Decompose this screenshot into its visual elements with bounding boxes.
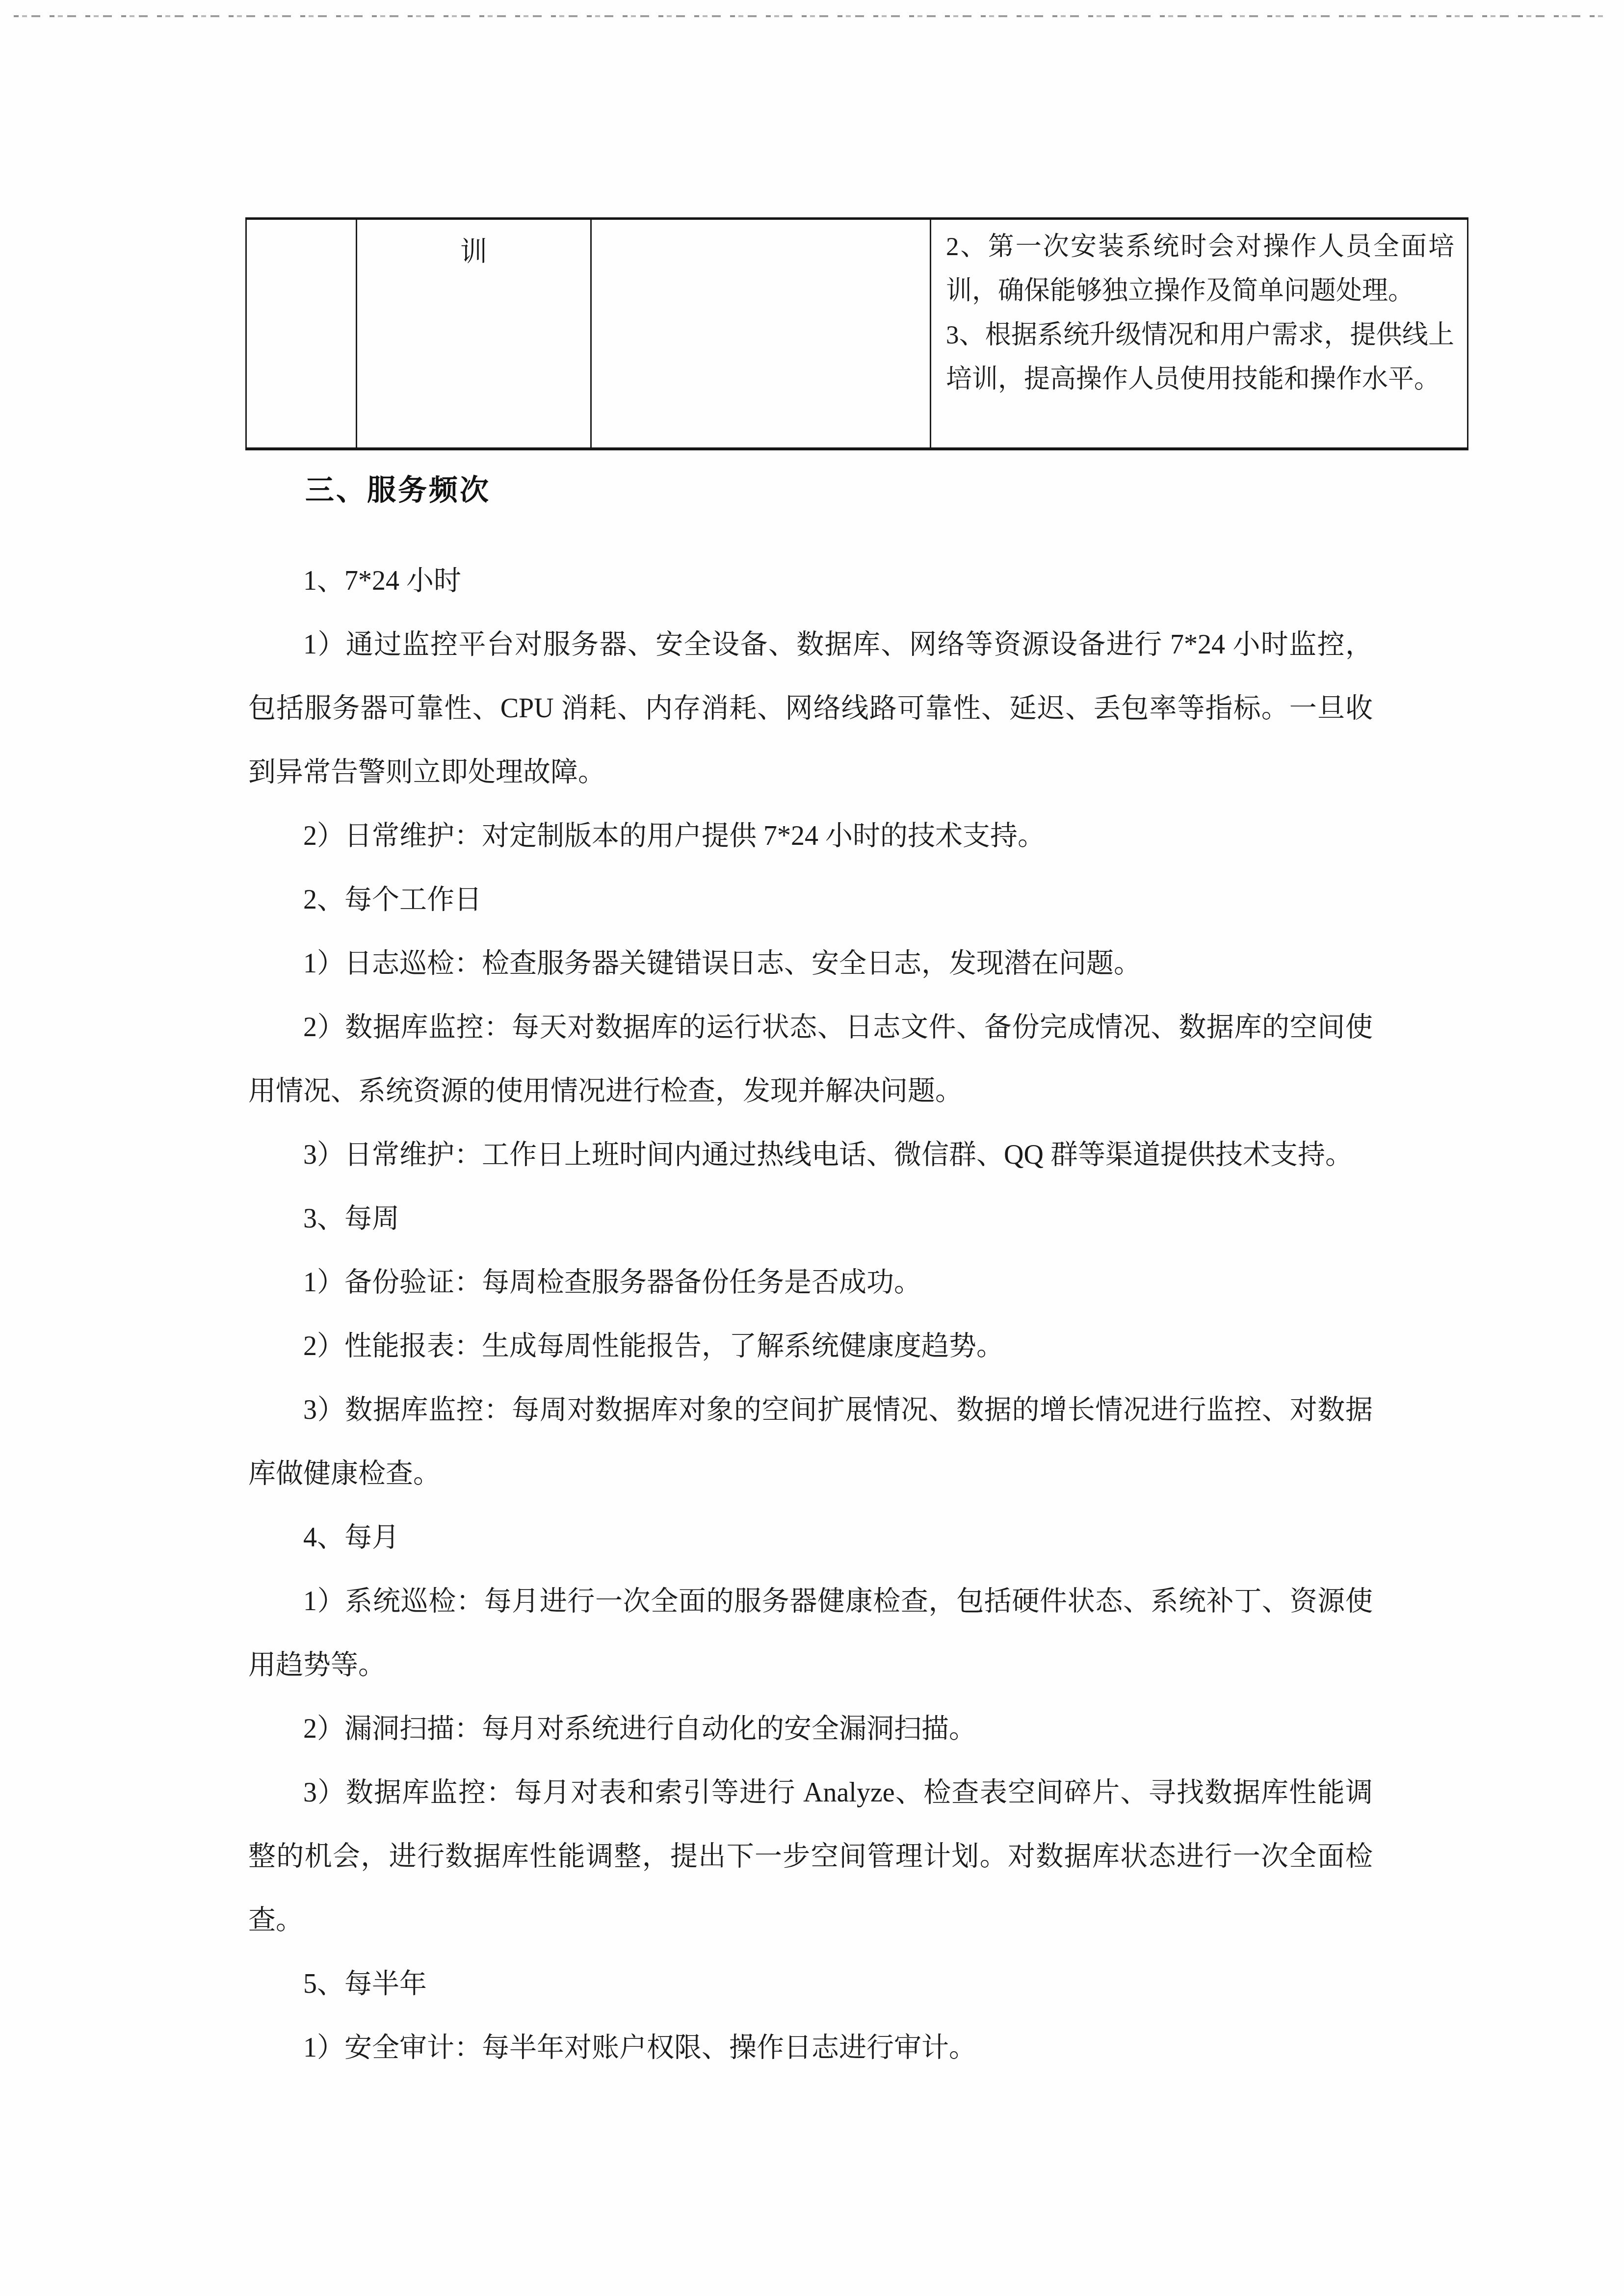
table-cell-empty-left	[246, 219, 357, 449]
body-paragraph: 2）日常维护：对定制版本的用户提供 7*24 小时的技术支持。	[248, 804, 1373, 868]
body-paragraph: 4、每月	[248, 1506, 1373, 1569]
body-paragraph: 1）安全审计：每半年对账户权限、操作日志进行审计。	[248, 2016, 1373, 2080]
body-paragraph: 3）数据库监控：每周对数据库对象的空间扩展情况、数据的增长情况进行监控、对数据库…	[248, 1378, 1373, 1506]
body-paragraph: 1）备份验证：每周检查服务器备份任务是否成功。	[248, 1251, 1373, 1314]
table-cell-paragraph: 3、根据系统升级情况和用户需求，提供线上培训，提高操作人员使用技能和操作水平。	[946, 313, 1454, 401]
body-paragraph: 3）数据库监控：每月对表和索引等进行 Analyze、检查表空间碎片、寻找数据库…	[248, 1761, 1373, 1952]
body-paragraph: 1）系统巡检：每月进行一次全面的服务器健康检查，包括硬件状态、系统补丁、资源使用…	[248, 1569, 1373, 1697]
body-paragraph: 2）性能报表：生成每周性能报告，了解系统健康度趋势。	[248, 1314, 1373, 1378]
training-label-text: 训	[460, 236, 487, 266]
table-cell-empty-middle	[591, 219, 931, 449]
body-paragraph: 3、每周	[248, 1187, 1373, 1251]
body-paragraph: 1、7*24 小时	[248, 549, 1373, 613]
scan-noise-line	[14, 15, 1606, 17]
scanned-document-page: { "heading": "三、服务频次", "table": { "row":…	[0, 0, 1624, 2296]
body-paragraph: 3）日常维护：工作日上班时间内通过热线电话、微信群、QQ 群等渠道提供技术支持。	[248, 1123, 1373, 1187]
section-heading: 三、服务频次	[248, 458, 1373, 522]
body-text: 1、7*24 小时1）通过监控平台对服务器、安全设备、数据库、网络等资源设备进行…	[248, 549, 1373, 2080]
table-cell-training-details: 2、第一次安装系统时会对操作人员全面培训，确保能够独立操作及简单问题处理。3、根…	[931, 219, 1468, 449]
table-cell-training-label: 训	[357, 219, 591, 449]
table-row: 训 2、第一次安装系统时会对操作人员全面培训，确保能够独立操作及简单问题处理。3…	[246, 219, 1468, 449]
body-paragraph: 2）数据库监控：每天对数据库的运行状态、日志文件、备份完成情况、数据库的空间使用…	[248, 995, 1373, 1123]
training-service-table: 训 2、第一次安装系统时会对操作人员全面培训，确保能够独立操作及简单问题处理。3…	[245, 217, 1468, 450]
body-paragraph: 1）日志巡检：检查服务器关键错误日志、安全日志，发现潜在问题。	[248, 932, 1373, 995]
body-paragraph: 5、每半年	[248, 1952, 1373, 2016]
document-body: 三、服务频次 1、7*24 小时1）通过监控平台对服务器、安全设备、数据库、网络…	[248, 458, 1373, 2080]
body-paragraph: 2）漏洞扫描：每月对系统进行自动化的安全漏洞扫描。	[248, 1697, 1373, 1761]
table-cell-paragraph: 2、第一次安装系统时会对操作人员全面培训，确保能够独立操作及简单问题处理。	[946, 225, 1454, 313]
body-paragraph: 2、每个工作日	[248, 868, 1373, 932]
body-paragraph: 1）通过监控平台对服务器、安全设备、数据库、网络等资源设备进行 7*24 小时监…	[248, 613, 1373, 804]
